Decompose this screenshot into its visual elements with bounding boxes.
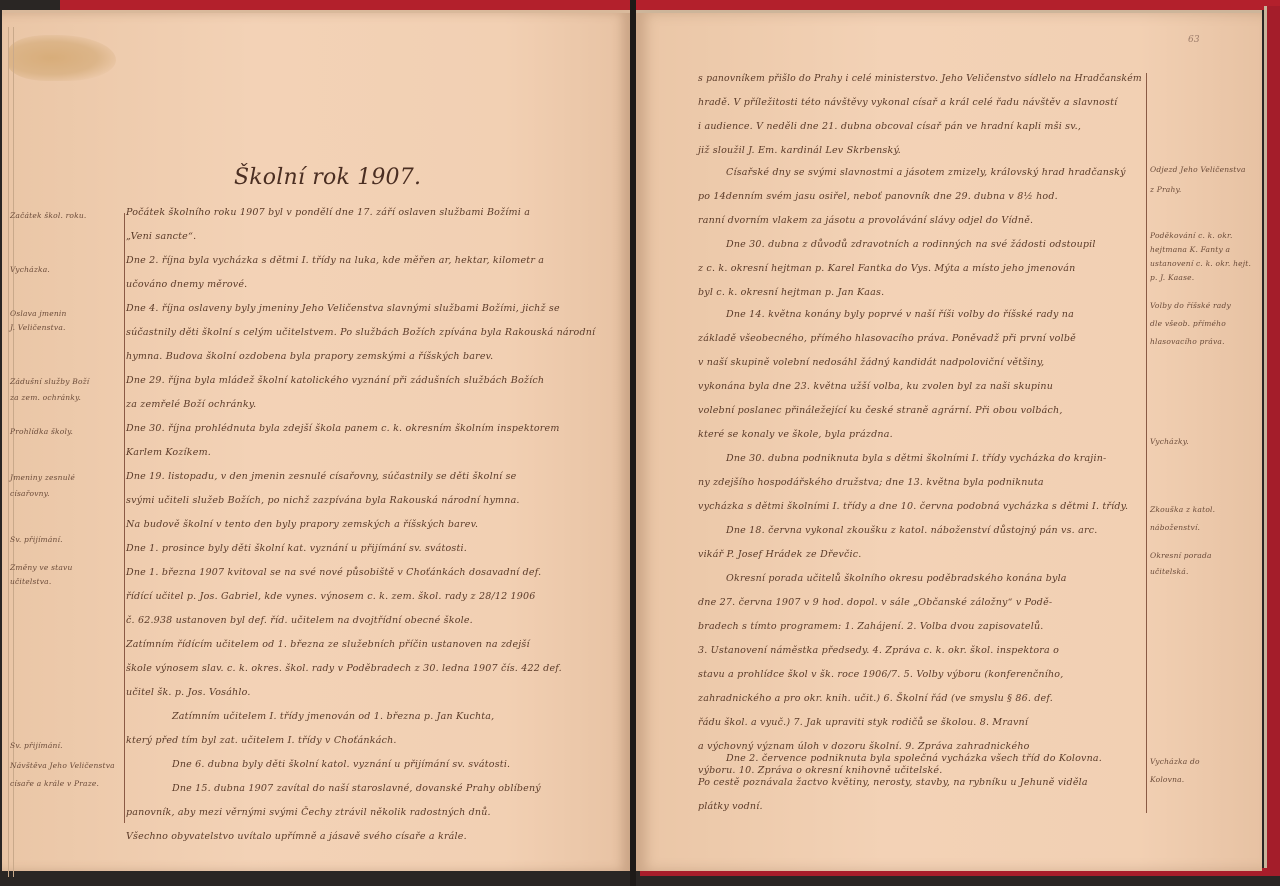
handwritten-line: Dne 18. června vykonal zkoušku z katol. … (726, 519, 1097, 543)
handwritten-line: Dne 1. března 1907 kvitoval se na své no… (126, 561, 541, 585)
handwritten-line: v naší skupině volební nedosáhl žádný ka… (698, 351, 1044, 375)
book-cover-top-edge (60, 0, 1280, 10)
margin-note: Začátek škol. roku. (10, 209, 86, 223)
handwritten-line: Všechno obyvatelstvo uvítalo upřímně a j… (126, 825, 467, 849)
handwritten-line: Zatímním učitelem I. třídy jmenován od 1… (172, 705, 494, 729)
handwritten-line: Dne 14. května konány byly poprvé v naší… (726, 303, 1074, 327)
margin-note: Návštěva Jeho Veličenstva (10, 759, 115, 773)
handwritten-line: Dne 30. října prohlédnuta byla zdejší šk… (126, 417, 560, 441)
margin-note: Změny ve stavu (10, 561, 72, 575)
handwritten-line: 3. Ustanovení náměstka předsedy. 4. Zprá… (698, 639, 1059, 663)
handwritten-line: učitel šk. p. Jos. Vosáhlo. (126, 681, 251, 705)
handwritten-line: za zemřelé Boží ochránky. (126, 393, 256, 417)
handwritten-line: škole výnosem slav. c. k. okres. škol. r… (126, 657, 562, 681)
margin-note: Okresní porada (1150, 549, 1212, 563)
margin-note: hlasovacího práva. (1150, 335, 1225, 349)
right-page: 63 s panovníkem přišlo do Prahy i celé m… (636, 10, 1262, 871)
handwritten-line: byl c. k. okresní hejtman p. Jan Kaas. (698, 281, 884, 305)
handwritten-line: Dne 1. prosince byly děti školní kat. vy… (126, 537, 467, 561)
handwritten-line: vycházka s dětmi školními I. třídy a dne… (698, 495, 1128, 519)
margin-note: z Prahy. (1150, 183, 1182, 197)
margin-note: Odjezd Jeho Veličenstva (1150, 163, 1246, 177)
page-title: Školní rok 1907. (234, 165, 421, 190)
paper-stain (8, 35, 116, 81)
margin-rule-line (1146, 73, 1147, 813)
handwritten-line: Dne 19. listopadu, v den jmenin zesnulé … (126, 465, 517, 489)
margin-note: p. J. Kaase. (1150, 271, 1194, 285)
margin-note: Prohlídka školy. (10, 425, 73, 439)
left-page: Školní rok 1907. Začátek škol. roku.Vych… (2, 10, 630, 871)
handwritten-line: které se konaly ve škole, byla prázdna. (698, 423, 893, 447)
handwritten-line: vykonána byla dne 23. května užší volba,… (698, 375, 1053, 399)
margin-note: Oslava jmenin (10, 307, 67, 321)
margin-note: Zkouška z katol. (1150, 503, 1215, 517)
handwritten-line: Po cestě poznávala žactvo květiny, neros… (698, 771, 1088, 795)
handwritten-line: který před tím byl zat. učitelem I. tříd… (126, 729, 397, 753)
handwritten-line: svými učiteli služeb Božích, po nichž za… (126, 489, 520, 513)
margin-note: hejtmana K. Fanty a (1150, 243, 1230, 257)
page-number: 63 (1188, 35, 1200, 45)
handwritten-line: po 14denním svém jasu osiřel, neboť pano… (698, 185, 1058, 209)
handwritten-line: ny zdejšího hospodářského družstva; dne … (698, 471, 1044, 495)
handwritten-line: Dne 2. října byla vycházka s dětmi I. tř… (126, 249, 544, 273)
margin-note: Zádušní služby Boží (10, 375, 89, 389)
margin-note: Kolovna. (1150, 773, 1184, 787)
handwritten-line: Dne 6. dubna byly děti školní katol. vyz… (172, 753, 510, 777)
handwritten-line: již sloužil J. Em. kardinál Lev Skrbensk… (698, 139, 901, 163)
handwritten-line: Okresní porada učitelů školního okresu p… (726, 567, 1067, 591)
open-book: Školní rok 1907. Začátek škol. roku.Vych… (0, 0, 1280, 886)
handwritten-line: základě všeobecného, přímého hlasovacího… (698, 327, 1076, 351)
margin-note: J. Veličenstva. (10, 321, 66, 335)
handwritten-line: hradě. V příležitosti této návštěvy vyko… (698, 91, 1117, 115)
handwritten-line: zahradnického a pro okr. knih. učit.) 6.… (698, 687, 1053, 711)
handwritten-line: Zatímním řídícím učitelem od 1. března z… (126, 633, 530, 657)
margin-rule-line (124, 213, 125, 823)
handwritten-line: Počátek školního roku 1907 byl v pondělí… (126, 201, 530, 225)
handwritten-line: ranní dvorním vlakem za jásotu a provolá… (698, 209, 1033, 233)
margin-note: Volby do říšské rady (1150, 299, 1231, 313)
margin-note: císaře a krále v Praze. (10, 777, 99, 791)
margin-note: Jmeniny zesnulé (10, 471, 75, 485)
margin-note: dle všeob. přímého (1150, 317, 1226, 331)
handwritten-line: i audience. V neděli dne 21. dubna obcov… (698, 115, 1081, 139)
handwritten-line: Dne 30. dubna podniknuta byla s dětmi šk… (726, 447, 1106, 471)
handwritten-line: Dne 15. dubna 1907 zavítal do naší staro… (172, 777, 541, 801)
handwritten-line: plátky vodní. (698, 795, 763, 819)
margin-note: učitelstva. (10, 575, 51, 589)
handwritten-line: Dne 29. října byla mládež školní katolic… (126, 369, 544, 393)
margin-note: náboženství. (1150, 521, 1200, 535)
margin-note: Vycházka do (1150, 755, 1200, 769)
handwritten-line: Karlem Kozíkem. (126, 441, 211, 465)
handwritten-line: volební poslanec přináležející ku české … (698, 399, 1063, 423)
margin-note: za zem. ochránky. (10, 391, 81, 405)
handwritten-line: stavu a prohlídce škol v šk. roce 1906/7… (698, 663, 1063, 687)
handwritten-line: řádu škol. a vyuč.) 7. Jak upraviti styk… (698, 711, 1028, 735)
handwritten-line: učováno dnemy měrové. (126, 273, 247, 297)
margin-note: císařovny. (10, 487, 50, 501)
handwritten-line: „Veni sancte“. (126, 225, 196, 249)
handwritten-line: dne 27. června 1907 v 9 hod. dopol. v sá… (698, 591, 1052, 615)
handwritten-line: vikář P. Josef Hrádek ze Dřevčic. (698, 543, 862, 567)
handwritten-line: hymna. Budova školní ozdobena byla prapo… (126, 345, 493, 369)
handwritten-line: Na budově školní v tento den byly prapor… (126, 513, 478, 537)
handwritten-line: řídící učitel p. Jos. Gabriel, kde vynes… (126, 585, 536, 609)
margin-note: Vycházky. (1150, 435, 1189, 449)
margin-note: Sv. přijímání. (10, 533, 63, 547)
handwritten-line: Císařské dny se svými slavnostmi a jásot… (726, 161, 1126, 185)
handwritten-line: č. 62.938 ustanoven byl def. říd. učitel… (126, 609, 473, 633)
handwritten-line: panovník, aby mezi věrnými svými Čechy z… (126, 801, 491, 825)
margin-note: učitelská. (1150, 565, 1189, 579)
handwritten-line: s panovníkem přišlo do Prahy i celé mini… (698, 67, 1142, 91)
handwritten-line: bradech s tímto programem: 1. Zahájení. … (698, 615, 1043, 639)
margin-note: Poděkování c. k. okr. (1150, 229, 1233, 243)
margin-note: Vycházka. (10, 263, 50, 277)
book-cover-right-edge (1264, 6, 1280, 876)
handwritten-line: súčastnily děti školní s celým učitelstv… (126, 321, 595, 345)
handwritten-line: Dne 2. července podniknuta byla společná… (726, 747, 1102, 771)
handwritten-line: Dne 30. dubna z důvodů zdravotních a rod… (726, 233, 1096, 257)
margin-note: Sv. přijímání. (10, 739, 63, 753)
margin-note: ustanovení c. k. okr. hejt. (1150, 257, 1251, 271)
handwritten-line: z c. k. okresní hejtman p. Karel Fantka … (698, 257, 1075, 281)
handwritten-line: Dne 4. října oslaveny byly jmeniny Jeho … (126, 297, 560, 321)
